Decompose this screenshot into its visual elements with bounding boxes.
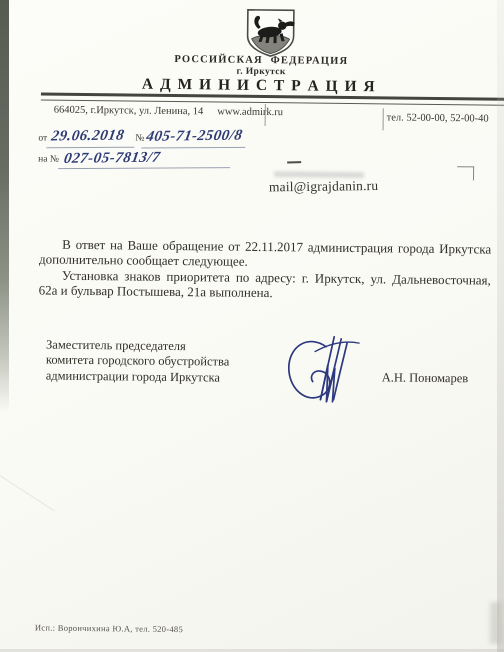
address-corner-mark	[457, 166, 474, 180]
ref-incoming-number-handwritten: 027-05-7813/7	[63, 150, 162, 168]
contact-address-line: 664025, г.Иркутск, ул. Ленина, 14www.adm…	[54, 105, 283, 119]
contact-website: www.admirk.ru	[217, 106, 283, 118]
form-underline	[46, 147, 134, 149]
page-content: РОССИЙСКАЯ ФЕДЕРАЦИЯ г. Иркутск А Д М И …	[0, 0, 504, 652]
handwritten-signature-icon	[276, 331, 365, 415]
ref-number-label: №	[135, 134, 144, 144]
body-paragraph-2: Установка знаков приоритета по адресу: г…	[39, 267, 491, 303]
form-divider-tick	[383, 108, 384, 130]
scan-shadow-bottom-right	[490, 602, 502, 644]
signer-name: А.Н. Пономарев	[382, 370, 469, 386]
scan-edge-right	[497, 0, 504, 652]
ref-reply-label: на №	[38, 154, 59, 164]
ref-outgoing-number-handwritten: 405-71-2500/8	[145, 128, 244, 146]
scan-edge-left	[0, 0, 9, 412]
redaction-smudge	[274, 171, 364, 178]
contact-phone: тел. 52-00-00, 52-00-40	[387, 112, 489, 124]
form-underline	[141, 147, 245, 149]
form-underline	[58, 167, 230, 169]
signer-position-line2: комитета городского обустройства	[46, 353, 230, 370]
executor-note: Исп.: Ворончихина Ю.А, тел. 520-485	[35, 622, 183, 634]
recipient-email: mail@igrajdanin.ru	[269, 178, 379, 195]
signer-position-line3: администрации города Иркутска	[46, 368, 230, 385]
form-divider-tick	[265, 104, 266, 126]
body-paragraph-1: В ответ на Ваше обращение от 22.11.2017 …	[39, 236, 491, 272]
scanned-letter-page: РОССИЙСКАЯ ФЕДЕРАЦИЯ г. Иркутск А Д М И …	[0, 0, 504, 652]
redaction-dash	[287, 161, 301, 163]
ref-from-label: от	[38, 133, 47, 143]
ref-date-handwritten: 29.06.2018	[50, 128, 126, 146]
signer-position-block: Заместитель председателя комитета городс…	[46, 338, 230, 386]
letter-body: В ответ на Ваше обращение от 22.11.2017 …	[39, 236, 492, 303]
contact-address: 664025, г.Иркутск, ул. Ленина, 14	[54, 105, 204, 118]
